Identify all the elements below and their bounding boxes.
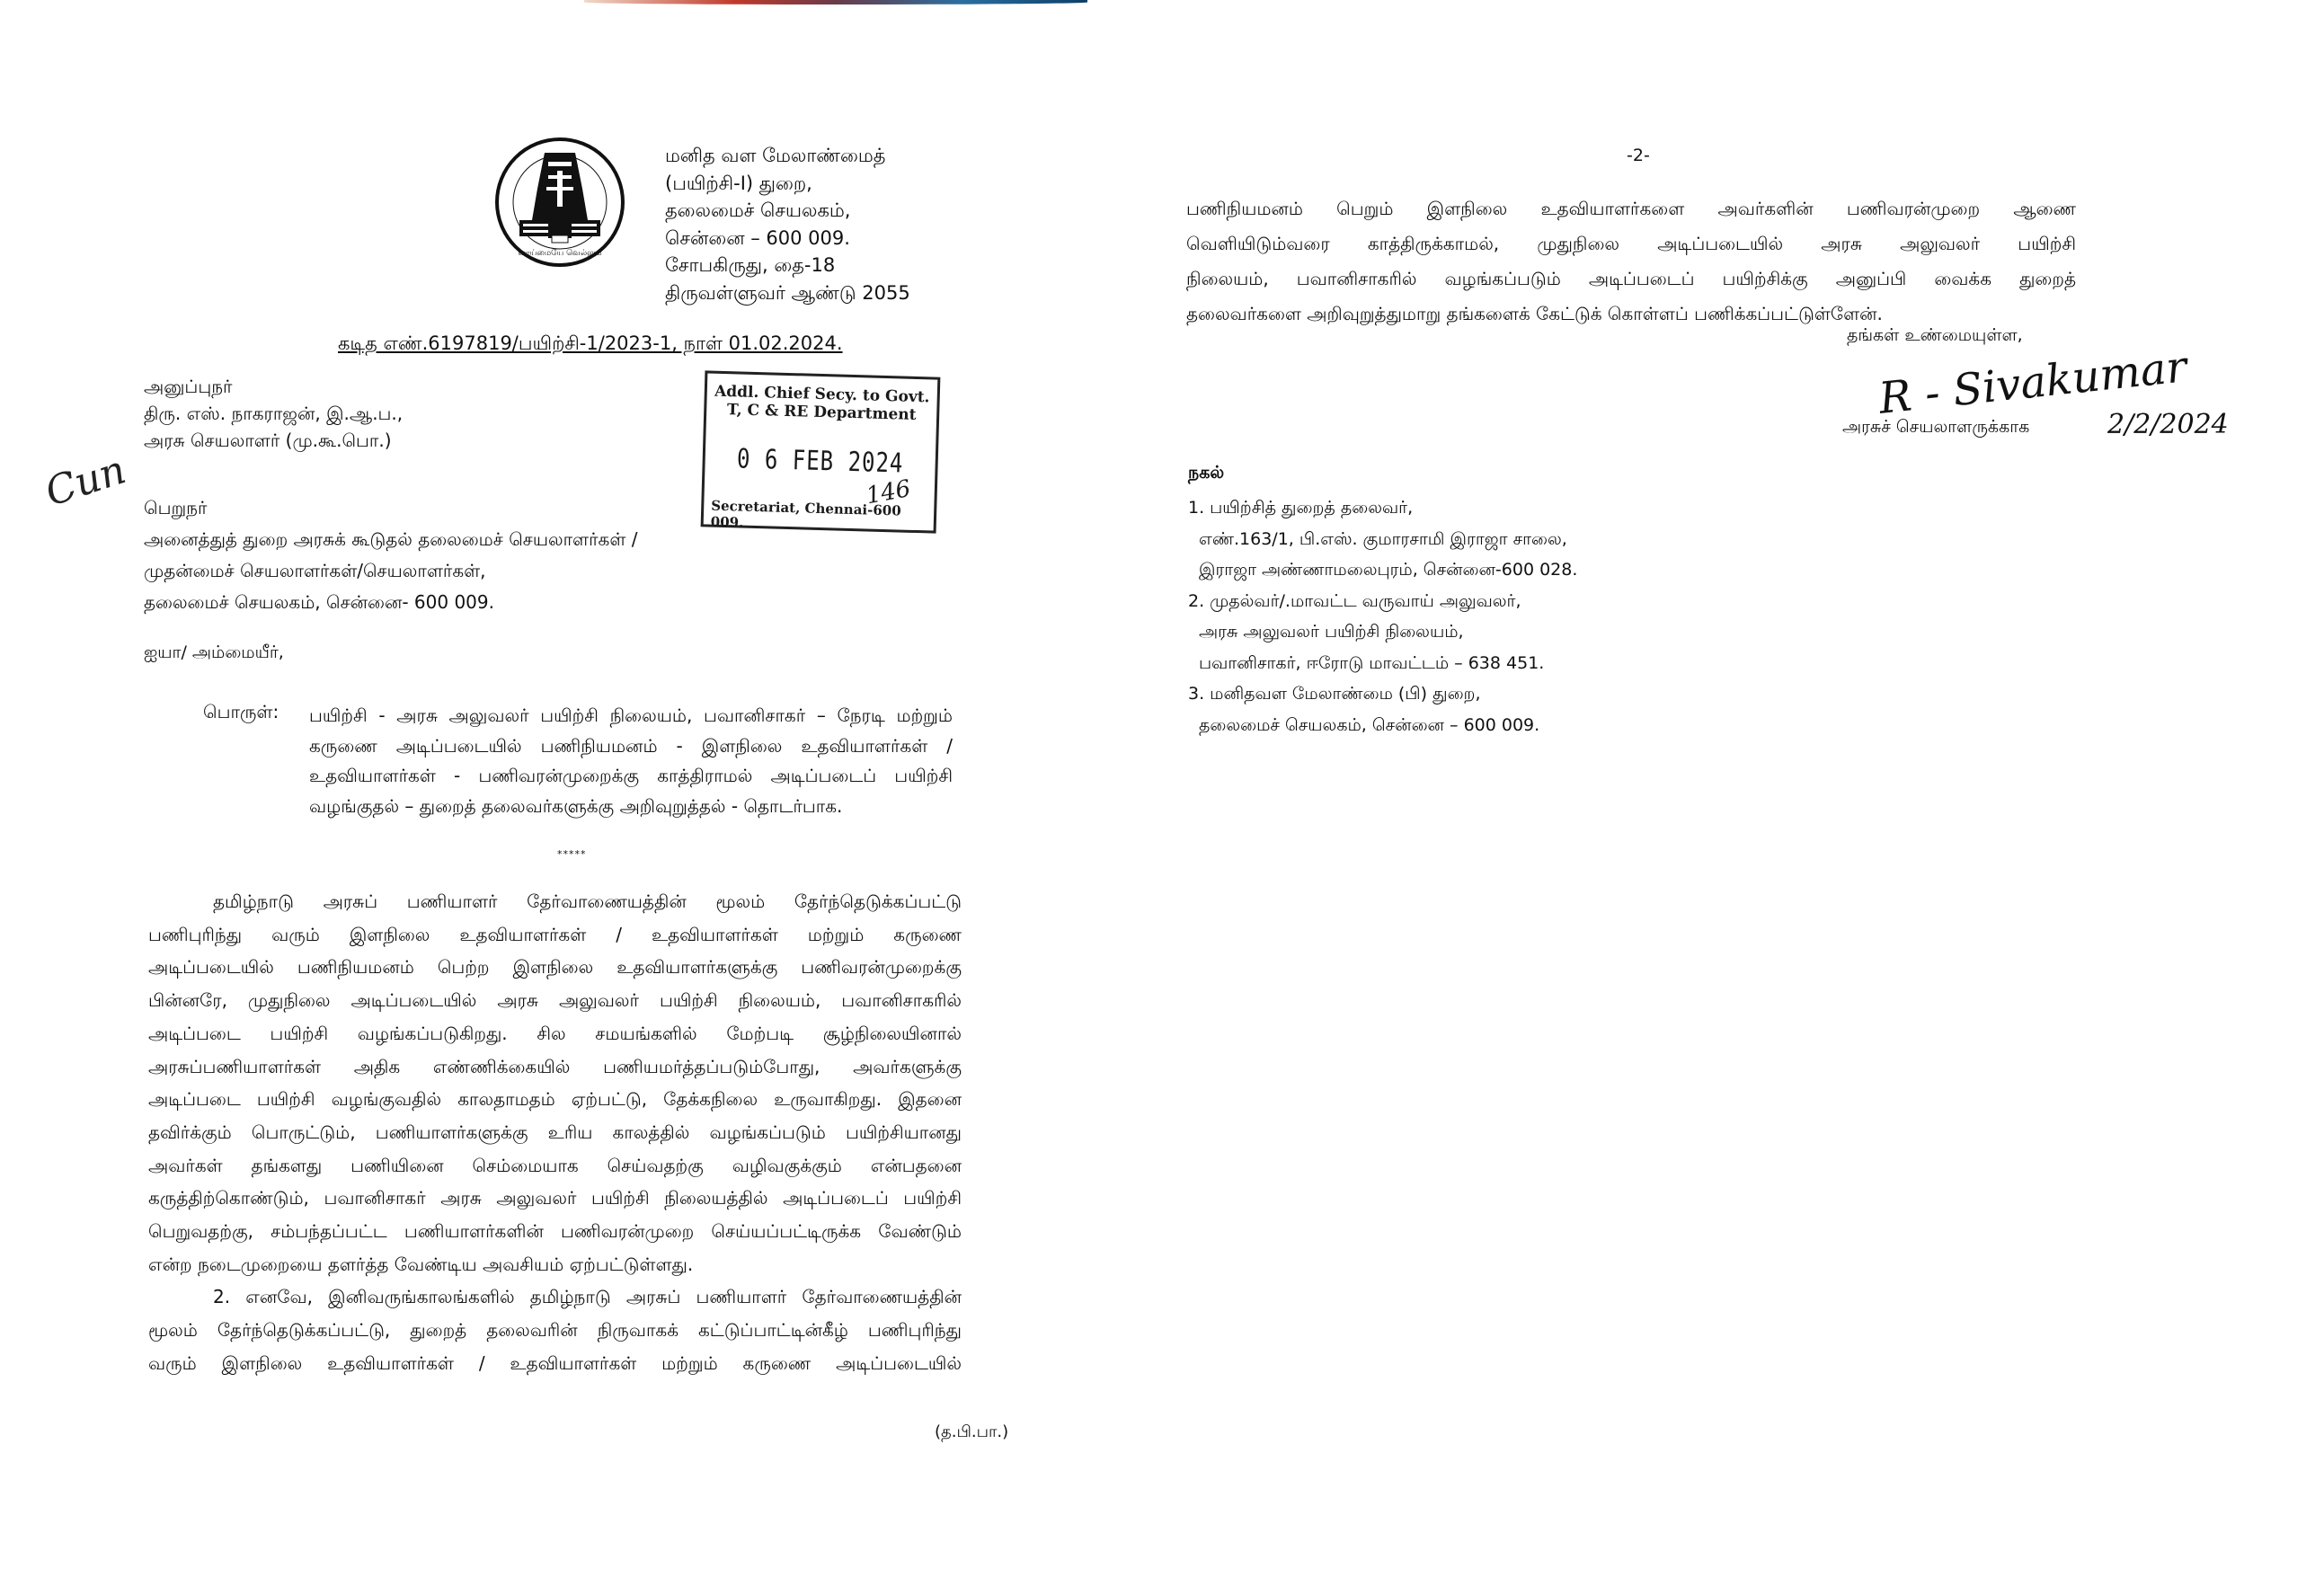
sender-name: திரு. எஸ். நாகராஜன், இ.ஆ.ப., <box>144 400 403 427</box>
svg-text:வாய்மையே வெல்லும்: வாய்மையே வெல்லும் <box>518 249 601 258</box>
copy-to-label: நகல் <box>1188 463 1224 485</box>
letter-page-1: வாய்மையே வெல்லும் மனித வள மேலாண்மைத் (பய… <box>0 0 1159 1577</box>
sender-designation: அரசு செயலாளர் (மு.கூ.பொ.) <box>144 427 403 454</box>
handwritten-margin-note: Cun <box>40 447 131 515</box>
sender-label: அனுப்புநர் <box>144 373 403 400</box>
recipient-block: பெறுநர் அனைத்துத் துறை அரசுக் கூடுதல் தல… <box>144 492 637 618</box>
copy-item: 1. பயிற்சித் துறைத் தலைவர், எண்.163/1, ப… <box>1188 492 1577 586</box>
letter-body: தமிழ்நாடு அரசுப் பணியாளர் தேர்வாணையத்தின… <box>148 885 962 1380</box>
separator: ***** <box>557 848 587 860</box>
continued-marker: (த.பி.பா.) <box>935 1422 1008 1443</box>
copy-item: 3. மனிதவள மேலாண்மை (பி) துறை, தலைமைச் செ… <box>1188 678 1577 740</box>
salutation: ஐயா/ அம்மையீர், <box>144 642 284 665</box>
closing: தங்கள் உண்மையுள்ள, <box>1847 325 2023 348</box>
sender-block: அனுப்புநர் திரு. எஸ். நாகராஜன், இ.ஆ.ப., … <box>144 373 403 454</box>
department-address: மனித வள மேலாண்மைத் (பயிற்சி-I) துறை, தலை… <box>665 142 910 306</box>
copy-to-list: 1. பயிற்சித் துறைத் தலைவர், எண்.163/1, ப… <box>1188 492 1577 740</box>
copy-item: 2. முதல்வர்/.மாவட்ட வருவாய் அலுவலர், அரச… <box>1188 586 1577 679</box>
subject-text: பயிற்சி - அரசு அலுவலர் பயிற்சி நிலையம், … <box>309 701 953 821</box>
tamil-nadu-emblem-icon: வாய்மையே வெல்லும் <box>492 135 627 270</box>
page-number: -2- <box>1627 146 1650 165</box>
signatory: அரசுச் செயலாளருக்காக <box>1842 417 2029 439</box>
subject-label: பொருள்: <box>203 701 279 725</box>
recipient-label: பெறுநர் <box>144 492 637 524</box>
signature-date: 2/2/2024 <box>2107 409 2229 440</box>
stamp-date: 0 6 FEB 2024 <box>705 442 936 480</box>
page2-body: பணிநியமனம் பெறும் இளநிலை உதவியாளர்களை அவ… <box>1186 191 2076 332</box>
received-stamp: Addl. Chief Secy. to Govt. T, C & RE Dep… <box>701 370 941 533</box>
letter-reference-number: கடித எண்.6197819/பயிற்சி-1/2023-1, நாள் … <box>338 332 843 357</box>
